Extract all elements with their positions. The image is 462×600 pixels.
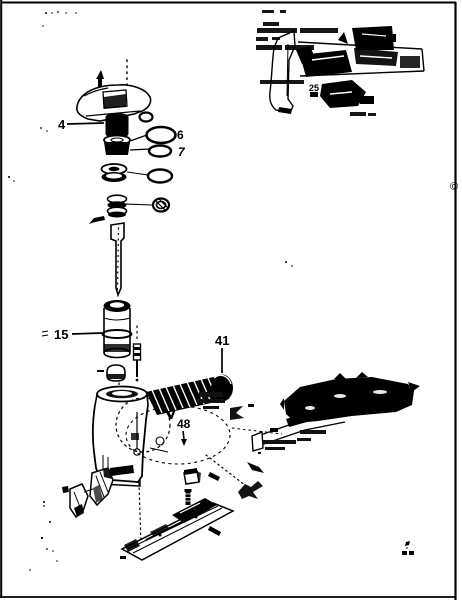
trigger-lever-left [62, 484, 88, 517]
washer-ring-leader [127, 172, 148, 175]
trigger-parts [62, 468, 113, 517]
scanned-parts-diagram-page: 25 © 4 [0, 0, 462, 600]
scan-specks-top-left [42, 11, 77, 27]
callout-4: 4 [58, 117, 66, 132]
cap-oring-icon [140, 113, 153, 122]
latch-bracket [238, 481, 263, 499]
coil-leader [126, 204, 152, 205]
retainer-coil-icon [153, 198, 169, 212]
body-port [131, 433, 139, 440]
lower-rail [120, 498, 233, 560]
piston [104, 136, 130, 156]
driver-blade [111, 223, 124, 295]
inset-toner-blobs [278, 26, 420, 114]
exploded-parts-diagram: 25 © 4 [0, 0, 462, 600]
callout-6: 6 [177, 128, 184, 142]
callout-41-group: 41 [215, 333, 229, 373]
callout-7: 7 [178, 145, 186, 159]
rail-print-noise [258, 430, 326, 454]
cylinder-15 [103, 300, 132, 358]
exploded-stack: 4 6 7 [42, 60, 186, 389]
screw-vertical [185, 489, 192, 505]
callout-48: 48 [177, 417, 191, 431]
oring-7-icon [149, 146, 171, 157]
seal-ring-stack [108, 195, 127, 217]
inset-callout-25: 25 [309, 83, 319, 93]
inset-side-view: 25 [256, 10, 424, 116]
scan-specks-margins [8, 127, 293, 571]
clip-dark [247, 462, 264, 473]
piston-ring7-leader [130, 149, 150, 150]
callout-15: 15 [54, 327, 68, 342]
screw-angled-2 [208, 526, 221, 536]
spacer-block [184, 468, 201, 484]
valve-pin-icon [134, 326, 141, 381]
part4-bumper [106, 113, 129, 138]
trigger-lever-right [90, 468, 113, 505]
callout-15-group: 15 [42, 327, 102, 342]
pin-icon [89, 216, 105, 224]
callout-41: 41 [215, 333, 229, 348]
screw-angled-1 [208, 472, 220, 481]
dotted-diagonal [206, 455, 250, 489]
cup-seal [97, 365, 125, 381]
callout-4-leader [67, 123, 104, 124]
oring-lower-right-icon [148, 170, 172, 183]
oring-6-icon [147, 127, 176, 143]
magazine-assembly [252, 372, 420, 454]
scan-specks-bottom-right [402, 541, 414, 555]
copyright-mark: © [450, 181, 458, 193]
washer-stack [102, 164, 127, 182]
piston-ring6-leader [130, 135, 147, 141]
dotted-vertical-trigger [139, 483, 141, 545]
